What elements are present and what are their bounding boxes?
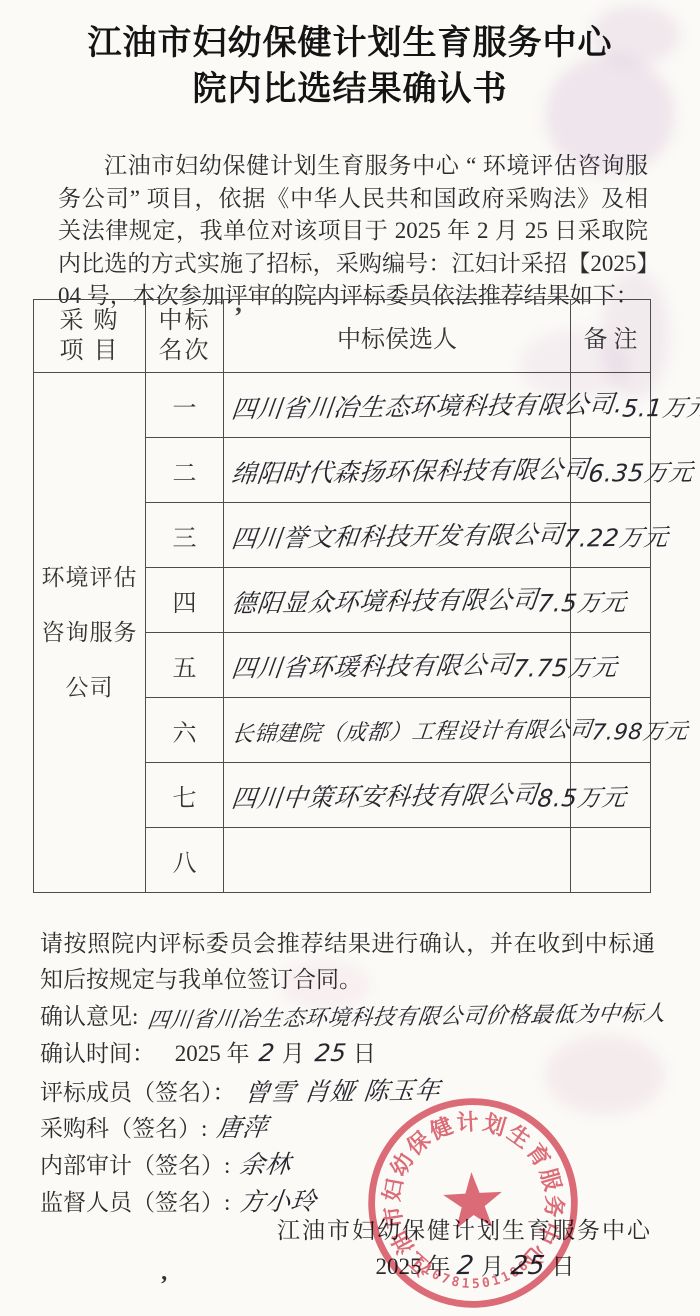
header-remark: 备 注 (571, 300, 651, 373)
procurement-label: 采购科（签名）: (40, 1110, 207, 1143)
price-handwriting: 7.98万元 (590, 714, 690, 746)
document-title-line2: 院内比选结果确认书 (0, 66, 700, 112)
closing-paragraph: 请按照院内评标委员会推荐结果进行确认，并在收到中标通知后按规定与我单位签订合同。 (40, 926, 655, 998)
confirm-opinion-label: 确认意见: (40, 998, 138, 1031)
intro-paragraph: 江油市妇幼保健计划生育服务中心 “ 环境评估咨询服务公司” 项目，依据《中华人民… (58, 150, 648, 313)
price-handwriting: 6.35万元 (587, 452, 695, 488)
price-handwriting: 5.1万元 (621, 387, 700, 423)
candidate-cell: 长锦建院（成都）工程设计有限公司 7.98万元 (224, 698, 571, 763)
audit-signature-handwriting: 余林 (238, 1145, 293, 1182)
stray-pen-mark: ’ (234, 302, 243, 332)
rank-cell: 一 (146, 373, 224, 438)
table-row: 环境评估 咨询服务 公司 一 四川省川冶生态环境科技有限公司. 5.1万元 (34, 373, 651, 438)
confirm-time-label: 确认时间： (40, 1035, 155, 1068)
rank-cell: 六 (146, 698, 224, 763)
project-name-cell: 环境评估 咨询服务 公司 (34, 373, 146, 893)
evaluators-line: 评标成员（签名）： 曾雪 肖娅 陈玉年 (40, 1072, 670, 1109)
confirm-day-handwriting: 25 (313, 1039, 348, 1067)
confirmation-section: 确认意见: 四川省川冶生态环境科技有限公司价格最低为中标人 确认时间： 2025… (40, 998, 670, 1219)
audit-label: 内部审计（签名）: (40, 1147, 230, 1180)
price-handwriting: 7.5万元 (536, 582, 629, 618)
confirm-time-line: 确认时间： 2025 年 2 月 25 日 (40, 1035, 670, 1072)
procurement-line: 采购科（签名）: 唐萍 (40, 1108, 670, 1145)
header-candidate: ’ 中标侯选人 (224, 300, 571, 373)
candidate-cell (224, 828, 571, 893)
candidate-cell: 四川省环瑗科技有限公司 7.75万元 (224, 633, 571, 698)
confirm-opinion-line: 确认意见: 四川省川冶生态环境科技有限公司价格最低为中标人 (40, 998, 670, 1035)
rank-cell: 四 (146, 568, 224, 633)
footer-month-handwriting: 2 (455, 1251, 475, 1281)
footer-date: 2025 年 2 月 25 日 (355, 1248, 595, 1281)
rank-cell: 三 (146, 503, 224, 568)
table-header-row: 采 购 项 目 中标 名次 ’ 中标侯选人 备 注 (34, 300, 651, 373)
price-handwriting: 7.75万元 (511, 647, 619, 683)
candidate-handwriting: 四川中策环安科技有限公司 (230, 775, 540, 815)
price-handwriting: 8.5万元 (536, 777, 629, 813)
candidate-cell: 四川誉文和科技开发有限公司 7.22万元 (224, 503, 571, 568)
candidate-handwriting: 四川省川冶生态环境科技有限公司. (230, 384, 626, 425)
candidate-cell: 四川中策环安科技有限公司 8.5万元 (224, 763, 571, 828)
footer-organization: 江油市妇幼保健计划生育服务中心 (0, 1212, 652, 1245)
candidate-handwriting: 德阳显众环境科技有限公司 (230, 580, 540, 620)
document-title-line1: 江油市妇幼保健计划生育服务中心 (0, 20, 700, 66)
confirm-opinion-handwriting: 四川省川冶生态环境科技有限公司价格最低为中标人 (146, 996, 668, 1034)
audit-line: 内部审计（签名）: 余林 (40, 1145, 670, 1182)
document-title: 江油市妇幼保健计划生育服务中心 院内比选结果确认书 (0, 20, 700, 112)
evaluators-signatures-handwriting: 曾雪 肖娅 陈玉年 (243, 1070, 443, 1109)
procurement-signature-handwriting: 唐萍 (215, 1108, 270, 1145)
candidate-cell: 绵阳时代森扬环保科技有限公司 6.35万元 (224, 438, 571, 503)
header-project: 采 购 项 目 (34, 300, 146, 373)
remark-cell (571, 828, 651, 893)
stray-pen-mark: ’ (160, 1272, 168, 1299)
candidate-handwriting: 四川誉文和科技开发有限公司 (230, 515, 566, 556)
header-rank: 中标 名次 (146, 300, 224, 373)
rank-cell: 八 (146, 828, 224, 893)
candidate-cell: 四川省川冶生态环境科技有限公司. 5.1万元 (224, 373, 571, 438)
candidate-cell: 德阳显众环境科技有限公司 7.5万元 (224, 568, 571, 633)
scanned-document-page: 江油市妇幼保健计划生育服务中心 院内比选结果确认书 江油市妇幼保健计划生育服务中… (0, 0, 700, 1316)
candidate-handwriting: 长锦建院（成都）工程设计有限公司 (230, 712, 594, 748)
candidate-handwriting: 绵阳时代森扬环保科技有限公司 (230, 450, 592, 491)
evaluators-label: 评标成员（签名）： (40, 1074, 236, 1107)
rank-cell: 二 (146, 438, 224, 503)
candidate-handwriting: 四川省环瑗科技有限公司 (230, 645, 515, 685)
rank-cell: 五 (146, 633, 224, 698)
footer-day-handwriting: 25 (509, 1251, 546, 1281)
rank-cell: 七 (146, 763, 224, 828)
confirm-month-handwriting: 2 (258, 1039, 277, 1067)
bid-result-table: 采 购 项 目 中标 名次 ’ 中标侯选人 备 注 环境评估 咨询服务 公司 一 (33, 299, 651, 893)
price-handwriting: 7.22万元 (562, 517, 670, 553)
